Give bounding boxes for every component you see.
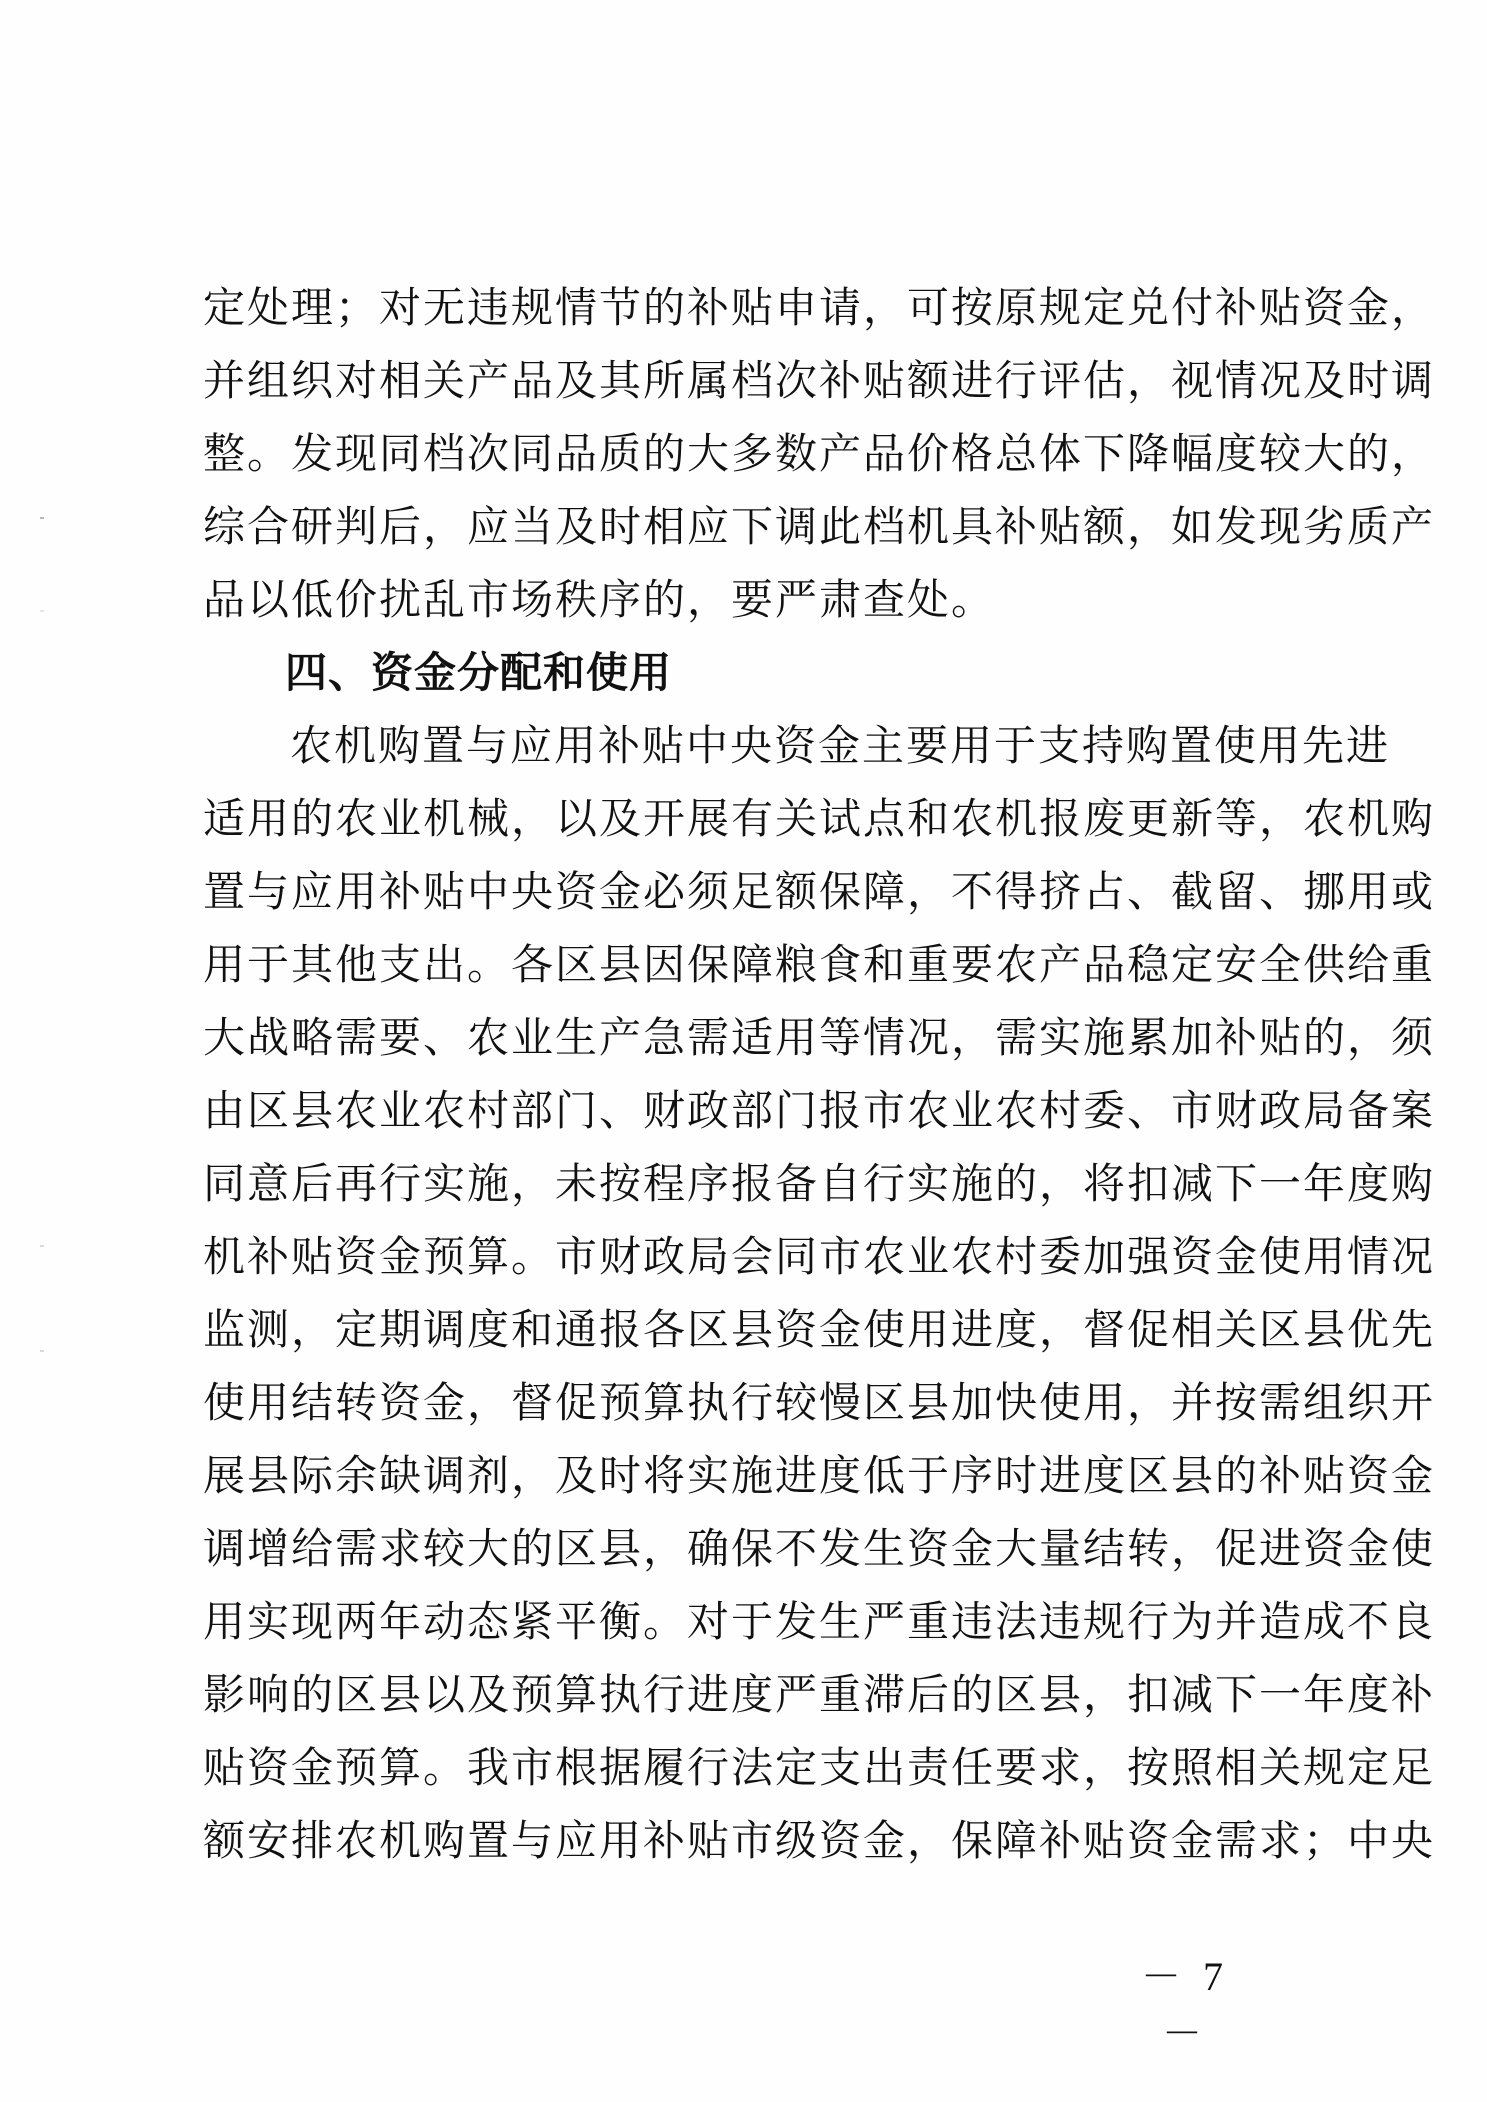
body-text-line: 适用的农业机械，以及开展有关试点和农机报废更新等，农机购 (203, 782, 1313, 855)
body-text-line: 由区县农业农村部门、财政部门报市农业农村委、市财政局备案 (203, 1074, 1313, 1147)
scan-speck (40, 610, 44, 612)
document-page: 定处理；对无违规情节的补贴申请，可按原规定兑付补贴资金， 并组织对相关产品及其所… (0, 0, 1487, 2102)
body-text-line: 综合研判后，应当及时相应下调此档机具补贴额，如发现劣质产 (203, 490, 1313, 563)
body-text-line: 用于其他支出。各区县因保障粮食和重要农产品稳定安全供给重 (203, 928, 1313, 1001)
body-text-line: 影响的区县以及预算执行进度严重滞后的区县，扣减下一年度补 (203, 1658, 1313, 1731)
scan-speck (40, 1350, 44, 1352)
body-text-line: 展县际余缺调剂，及时将实施进度低于序时进度区县的补贴资金 (203, 1439, 1313, 1512)
body-text-line: 额安排农机购置与应用补贴市级资金，保障补贴资金需求；中央 (203, 1804, 1313, 1877)
body-text-line: 农机购置与应用补贴中央资金主要用于支持购置使用先进 (290, 709, 1313, 782)
body-text-line: 用实现两年动态紧平衡。对于发生严重违法违规行为并造成不良 (203, 1585, 1313, 1658)
body-text-line: 调增给需求较大的区县，确保不发生资金大量结转，促进资金使 (203, 1512, 1313, 1585)
body-text-line: 置与应用补贴中央资金必须足额保障，不得挤占、截留、挪用或 (203, 855, 1313, 928)
body-text-line: 定处理；对无违规情节的补贴申请，可按原规定兑付补贴资金， (203, 271, 1313, 344)
section-heading: 四、资金分配和使用 (285, 636, 672, 709)
body-text-line: 使用结转资金，督促预算执行较慢区县加快使用，并按需组织开 (203, 1366, 1313, 1439)
body-text-line: 贴资金预算。我市根据履行法定支出责任要求，按照相关规定足 (203, 1731, 1313, 1804)
body-text-line: 监测，定期调度和通报各区县资金使用进度，督促相关区县优先 (203, 1293, 1313, 1366)
body-text-line: 品以低价扰乱市场秩序的，要严肃查处。 (203, 563, 1313, 636)
body-text-line: 大战略需要、农业生产急需适用等情况，需实施累加补贴的，须 (203, 1001, 1313, 1074)
scan-speck (40, 517, 44, 519)
body-text-line: 机补贴资金预算。市财政局会同市农业农村委加强资金使用情况 (203, 1220, 1313, 1293)
scan-speck (40, 1245, 44, 1247)
body-text-line: 同意后再行实施，未按程序报备自行实施的，将扣减下一年度购 (203, 1147, 1313, 1220)
body-text-line: 整。发现同档次同品质的大多数产品价格总体下降幅度较大的， (203, 417, 1313, 490)
body-text-line: 并组织对相关产品及其所属档次补贴额进行评估，视情况及时调 (203, 344, 1313, 417)
page-number: － 7 － (1130, 1945, 1240, 2059)
